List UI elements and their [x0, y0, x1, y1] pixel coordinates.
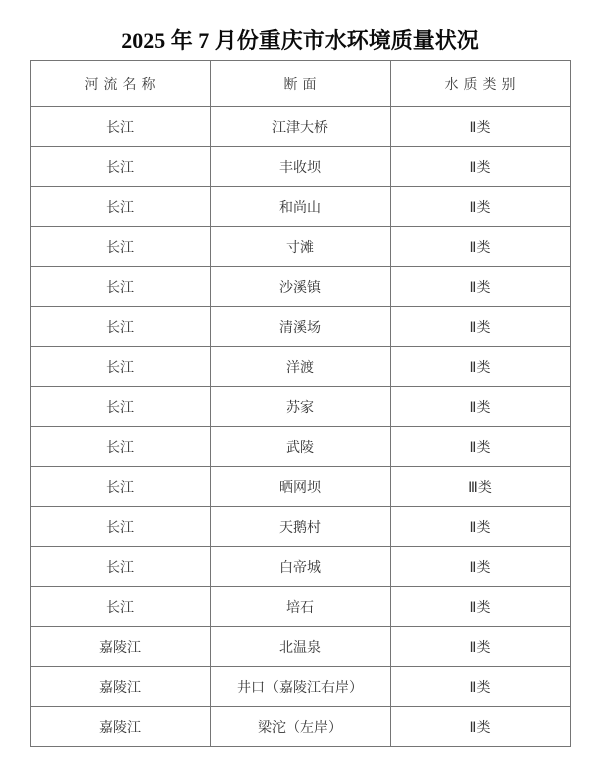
river-name-cell: 长江 — [30, 187, 210, 227]
table-row: 长江晒网坝Ⅲ类 — [30, 467, 570, 507]
section-cell: 和尚山 — [210, 187, 390, 227]
river-name-cell: 长江 — [30, 267, 210, 307]
page-title: 2025 年 7 月份重庆市水环境质量状况 — [0, 26, 600, 56]
section-cell: 培石 — [210, 587, 390, 627]
quality-class-cell: Ⅱ类 — [390, 587, 570, 627]
header-quality-class: 水质类别 — [390, 61, 570, 107]
river-name-cell: 嘉陵江 — [30, 627, 210, 667]
quality-class-cell: Ⅱ类 — [390, 147, 570, 187]
table-header: 河流名称 断面 水质类别 — [30, 61, 570, 107]
table-row: 长江培石Ⅱ类 — [30, 587, 570, 627]
document-page: 2025 年 7 月份重庆市水环境质量状况 河流名称 断面 水质类别 长江江津大… — [0, 0, 600, 747]
river-name-cell: 长江 — [30, 547, 210, 587]
section-cell: 丰收坝 — [210, 147, 390, 187]
quality-class-cell: Ⅲ类 — [390, 467, 570, 507]
section-cell: 晒网坝 — [210, 467, 390, 507]
quality-class-cell: Ⅱ类 — [390, 227, 570, 267]
section-cell: 苏家 — [210, 387, 390, 427]
quality-class-cell: Ⅱ类 — [390, 547, 570, 587]
section-cell: 沙溪镇 — [210, 267, 390, 307]
river-name-cell: 长江 — [30, 107, 210, 147]
river-name-cell: 长江 — [30, 427, 210, 467]
quality-class-cell: Ⅱ类 — [390, 307, 570, 347]
section-cell: 清溪场 — [210, 307, 390, 347]
table-body: 长江江津大桥Ⅱ类长江丰收坝Ⅱ类长江和尚山Ⅱ类长江寸滩Ⅱ类长江沙溪镇Ⅱ类长江清溪场… — [30, 107, 570, 747]
table-row: 长江和尚山Ⅱ类 — [30, 187, 570, 227]
quality-class-cell: Ⅱ类 — [390, 667, 570, 707]
table-row: 长江清溪场Ⅱ类 — [30, 307, 570, 347]
table-row: 长江沙溪镇Ⅱ类 — [30, 267, 570, 307]
section-cell: 洋渡 — [210, 347, 390, 387]
table-row: 嘉陵江井口（嘉陵江右岸）Ⅱ类 — [30, 667, 570, 707]
quality-class-cell: Ⅱ类 — [390, 107, 570, 147]
header-river-name: 河流名称 — [30, 61, 210, 107]
river-name-cell: 长江 — [30, 147, 210, 187]
quality-class-cell: Ⅱ类 — [390, 387, 570, 427]
table-row: 长江天鹅村Ⅱ类 — [30, 507, 570, 547]
river-name-cell: 嘉陵江 — [30, 667, 210, 707]
table-row: 长江武陵Ⅱ类 — [30, 427, 570, 467]
table-row: 嘉陵江北温泉Ⅱ类 — [30, 627, 570, 667]
river-name-cell: 长江 — [30, 307, 210, 347]
river-name-cell: 长江 — [30, 507, 210, 547]
table-header-row: 河流名称 断面 水质类别 — [30, 61, 570, 107]
quality-class-cell: Ⅱ类 — [390, 347, 570, 387]
quality-class-cell: Ⅱ类 — [390, 267, 570, 307]
quality-class-cell: Ⅱ类 — [390, 427, 570, 467]
section-cell: 天鹅村 — [210, 507, 390, 547]
section-cell: 北温泉 — [210, 627, 390, 667]
river-name-cell: 嘉陵江 — [30, 707, 210, 747]
water-quality-table: 河流名称 断面 水质类别 长江江津大桥Ⅱ类长江丰收坝Ⅱ类长江和尚山Ⅱ类长江寸滩Ⅱ… — [30, 60, 571, 747]
table-row: 长江洋渡Ⅱ类 — [30, 347, 570, 387]
river-name-cell: 长江 — [30, 347, 210, 387]
section-cell: 梁沱（左岸） — [210, 707, 390, 747]
section-cell: 白帝城 — [210, 547, 390, 587]
table-row: 长江苏家Ⅱ类 — [30, 387, 570, 427]
river-name-cell: 长江 — [30, 467, 210, 507]
table-row: 长江寸滩Ⅱ类 — [30, 227, 570, 267]
quality-class-cell: Ⅱ类 — [390, 627, 570, 667]
header-section: 断面 — [210, 61, 390, 107]
table-row: 长江丰收坝Ⅱ类 — [30, 147, 570, 187]
table-row: 长江白帝城Ⅱ类 — [30, 547, 570, 587]
river-name-cell: 长江 — [30, 387, 210, 427]
table-row: 长江江津大桥Ⅱ类 — [30, 107, 570, 147]
river-name-cell: 长江 — [30, 587, 210, 627]
section-cell: 武陵 — [210, 427, 390, 467]
quality-class-cell: Ⅱ类 — [390, 187, 570, 227]
section-cell: 寸滩 — [210, 227, 390, 267]
quality-class-cell: Ⅱ类 — [390, 707, 570, 747]
section-cell: 井口（嘉陵江右岸） — [210, 667, 390, 707]
quality-class-cell: Ⅱ类 — [390, 507, 570, 547]
section-cell: 江津大桥 — [210, 107, 390, 147]
river-name-cell: 长江 — [30, 227, 210, 267]
table-row: 嘉陵江梁沱（左岸）Ⅱ类 — [30, 707, 570, 747]
